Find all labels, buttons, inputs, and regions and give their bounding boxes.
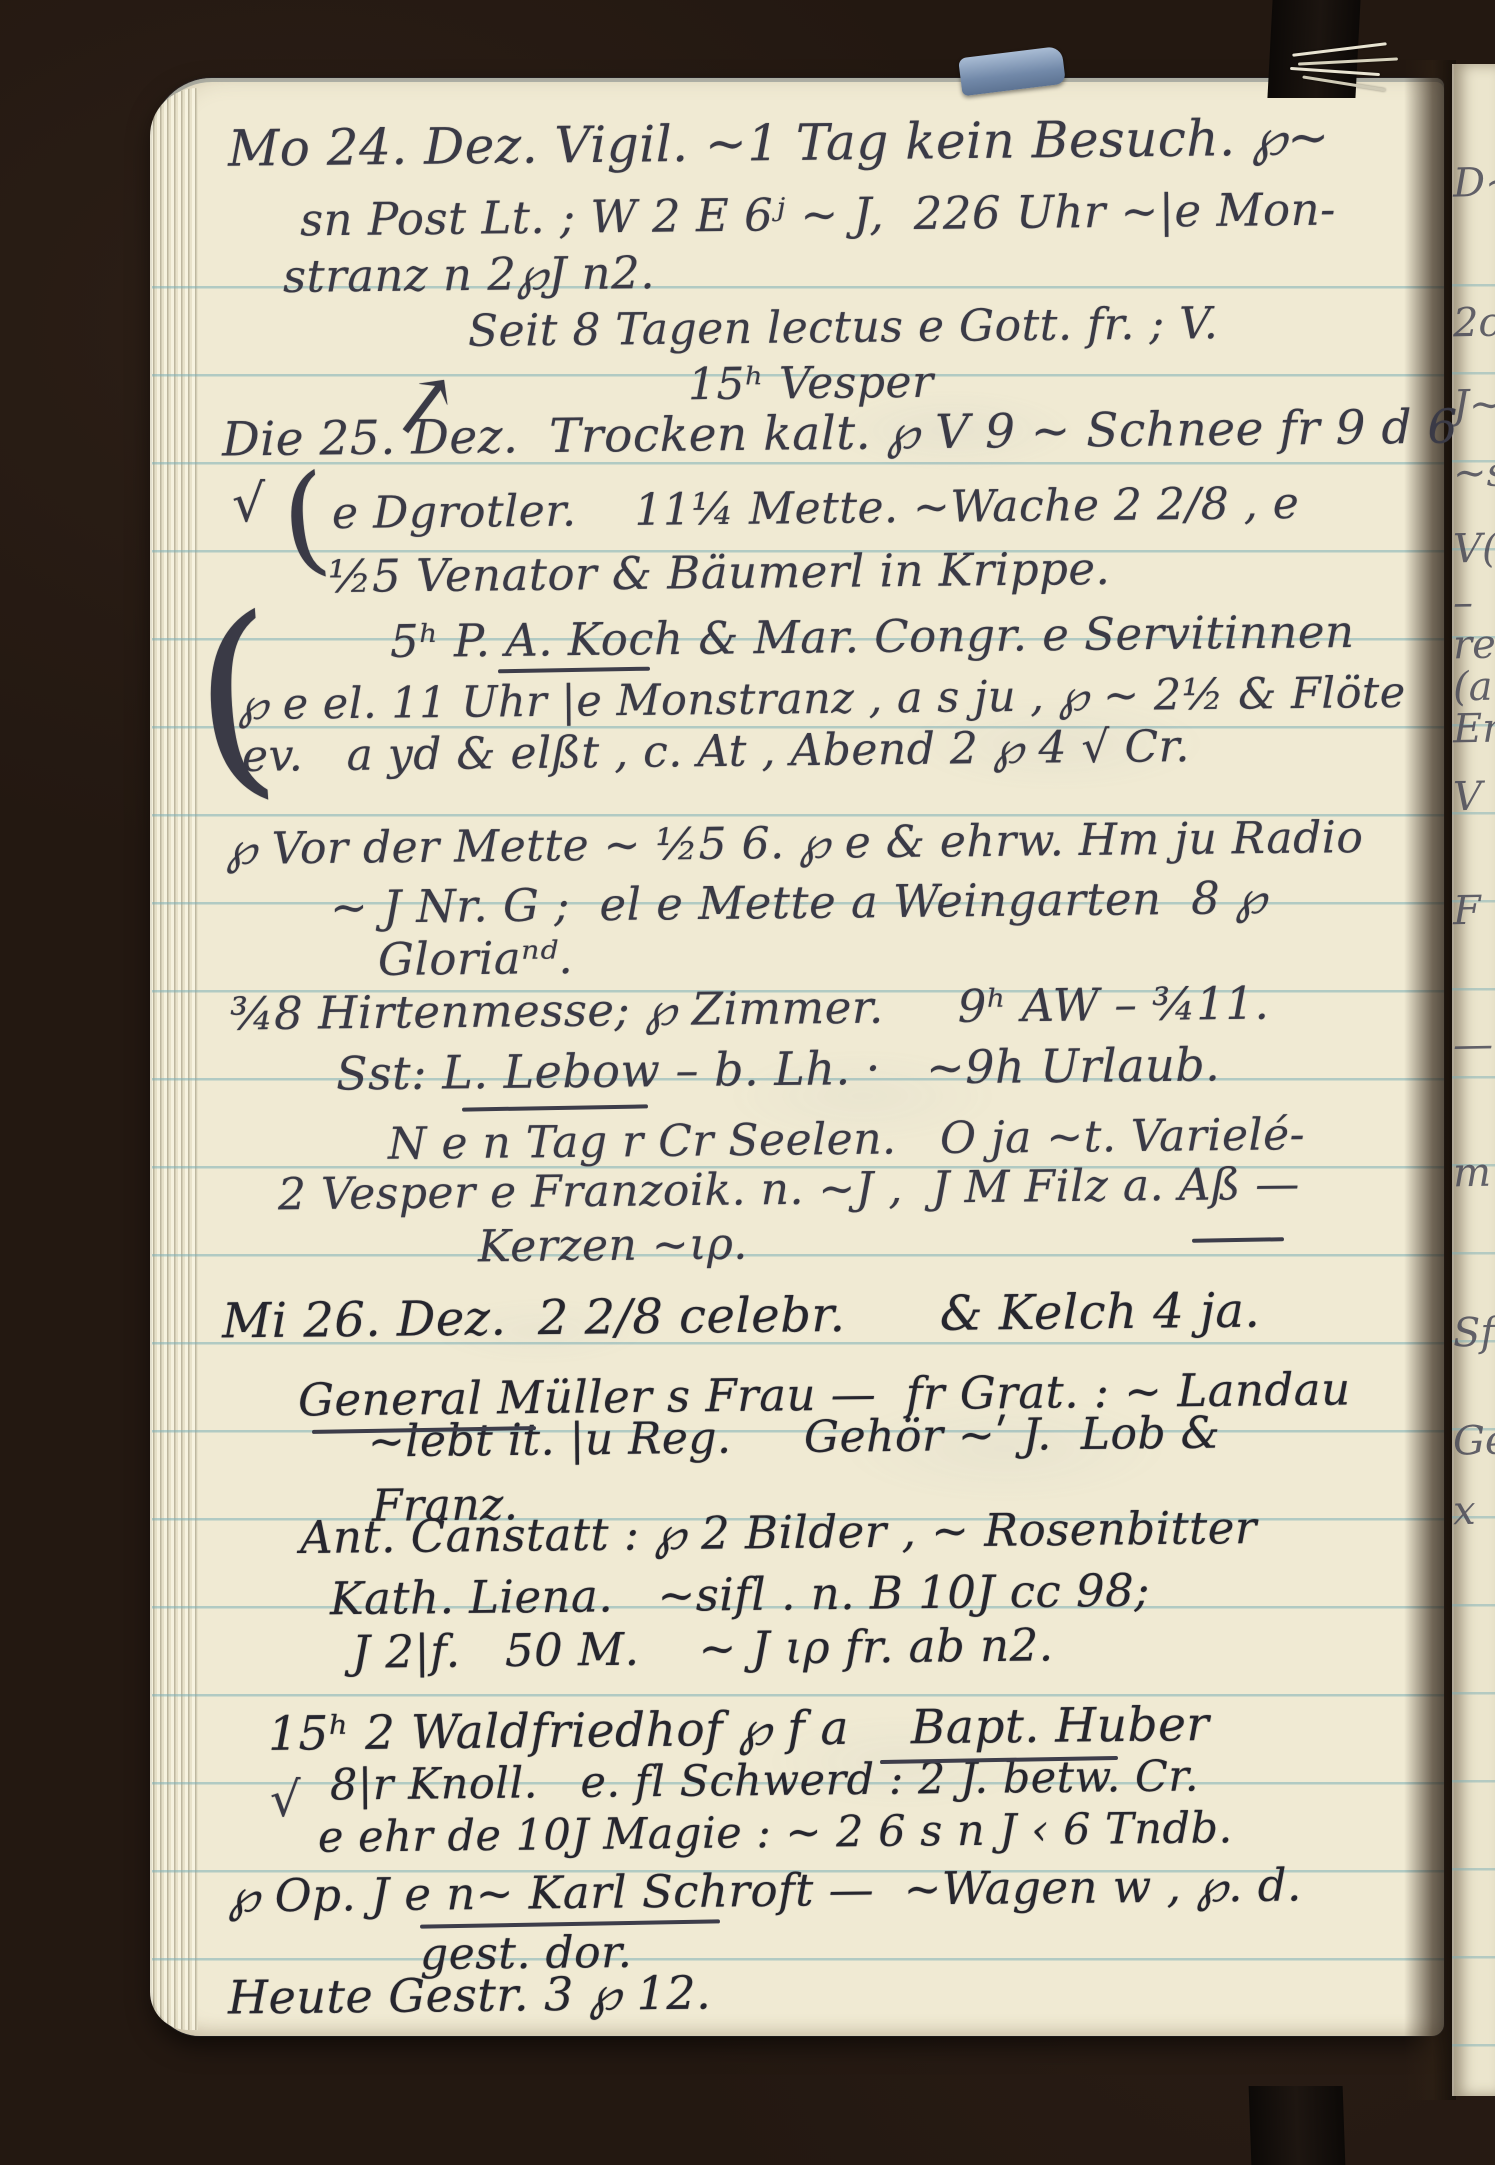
- cutoff-text-fragment: V(: [1453, 526, 1495, 573]
- cutoff-text-fragment: —: [1453, 1022, 1494, 1069]
- tassel-threads: [1288, 40, 1408, 98]
- cutoff-text-fragment: re: [1453, 622, 1495, 669]
- cutoff-text-fragment: ~s: [1453, 450, 1495, 497]
- cutoff-text-fragment: 2c: [1453, 300, 1495, 347]
- cutoff-text-fragment: F: [1453, 888, 1482, 934]
- cutoff-text-fragment: D~: [1453, 159, 1495, 206]
- cutoff-text-fragment: Sf: [1453, 1310, 1495, 1357]
- notebook-scene: D~2cJ~~sV(–re(aErVF—mSfGex Mo 24. Dez. V…: [0, 0, 1495, 2165]
- cutoff-text-fragment: J~: [1453, 382, 1495, 429]
- elastic-strap-bottom: [1249, 2086, 1346, 2165]
- cutoff-text-fragment: Ge: [1453, 1418, 1495, 1465]
- cutoff-text-fragment: x: [1453, 1488, 1476, 1534]
- left-page: [152, 78, 1444, 2036]
- ghost-showthrough: [152, 78, 1444, 2036]
- cutoff-text-fragment: m: [1453, 1150, 1492, 1197]
- cutoff-text-fragment: V: [1453, 774, 1483, 820]
- cutoff-text-fragment: Er: [1453, 706, 1495, 753]
- gutter-shadow: [1404, 60, 1456, 2100]
- cutoff-text-fragment: (a: [1453, 664, 1493, 711]
- right-page-sliver: D~2cJ~~sV(–re(aErVF—mSfGex: [1452, 64, 1495, 2096]
- cutoff-text-fragment: –: [1453, 580, 1474, 626]
